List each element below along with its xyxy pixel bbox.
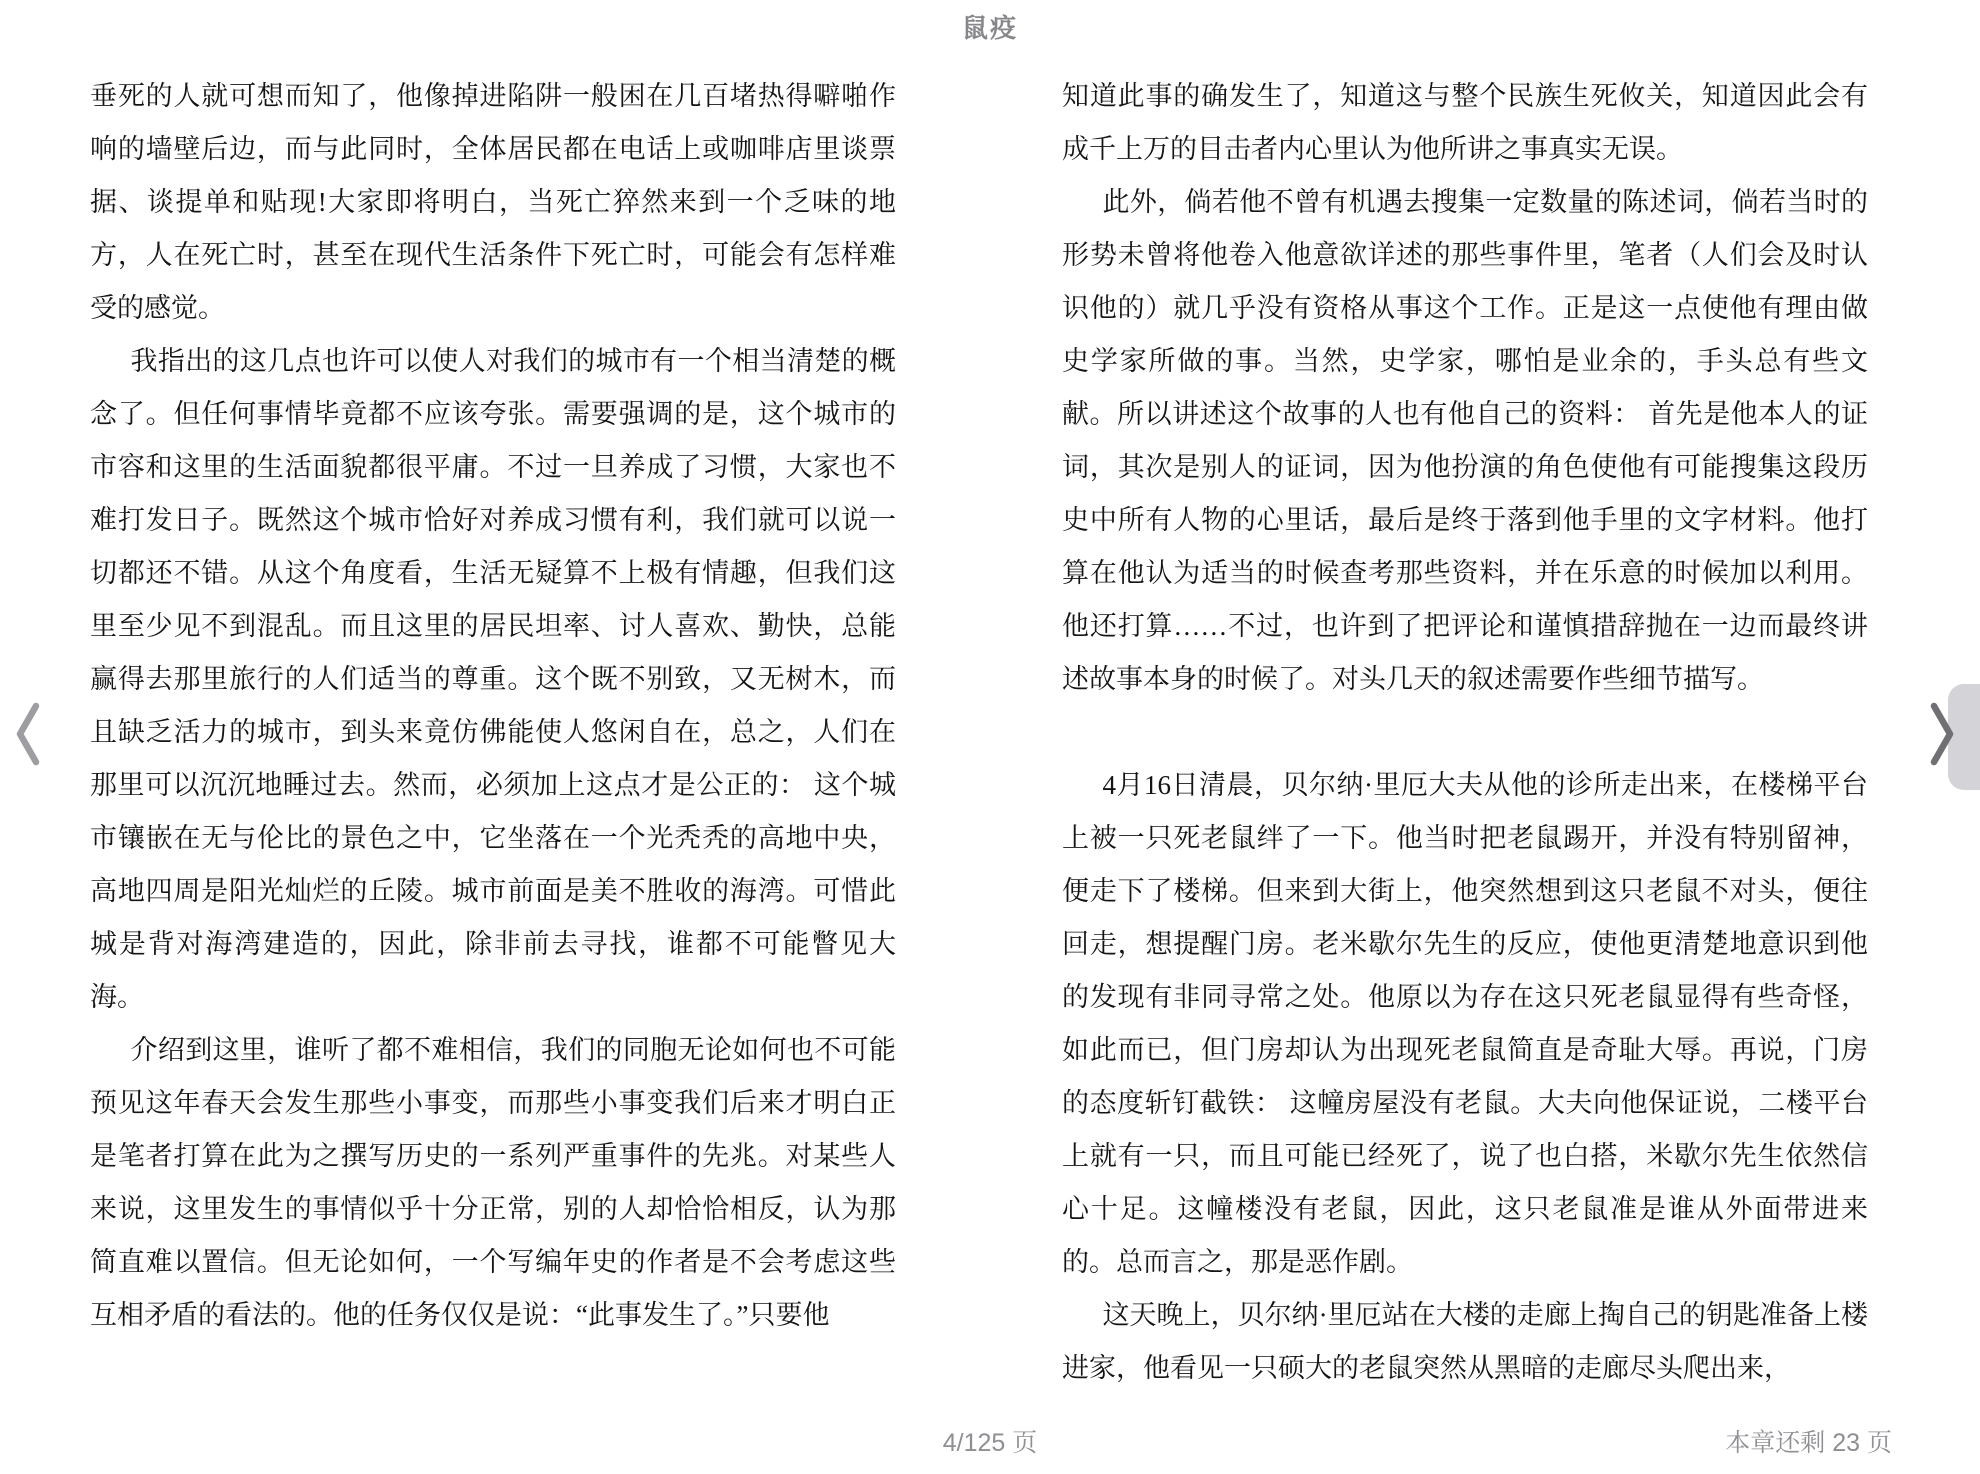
paragraph: 4月16日清晨，贝尔纳·里厄大夫从他的诊所走出来，在楼梯平台上被一只死老鼠绊了一…	[1062, 759, 1868, 1289]
paragraph: 介绍到这里，谁听了都不难相信，我们的同胞无论如何也不可能预见这年春天会发生那些小…	[90, 1024, 896, 1342]
paragraph: 垂死的人就可想而知了，他像掉进陷阱一般困在几百堵热得噼啪作响的墙壁后边，而与此同…	[90, 70, 896, 335]
paragraph: 此外，倘若他不曾有机遇去搜集一定数量的陈述词，倘若当时的形势未曾将他卷入他意欲详…	[1062, 176, 1868, 706]
chapter-remaining: 本章还剩 23 页	[1725, 1428, 1892, 1458]
right-page-column: 知道此事的确发生了，知道这与整个民族生死攸关，知道因此会有成千上万的目击者内心里…	[1062, 70, 1868, 1395]
paragraph: 这天晚上，贝尔纳·里厄站在大楼的走廊上掏自己的钥匙准备上楼进家，他看见一只硕大的…	[1062, 1289, 1868, 1395]
prev-page-button[interactable]	[14, 701, 42, 770]
left-page-column: 垂死的人就可想而知了，他像掉进陷阱一般困在几百堵热得噼啪作响的墙壁后边，而与此同…	[90, 70, 896, 1395]
book-title: 鼠疫	[0, 10, 1980, 46]
next-page-button[interactable]	[1928, 701, 1956, 770]
page-indicator: 4/125 页	[0, 1428, 1980, 1458]
section-break	[1062, 706, 1868, 759]
paragraph: 知道此事的确发生了，知道这与整个民族生死攸关，知道因此会有成千上万的目击者内心里…	[1062, 70, 1868, 176]
chevron-right-icon	[1928, 701, 1956, 767]
paragraph: 我指出的这几点也许可以使人对我们的城市有一个相当清楚的概念了。但任何事情毕竟都不…	[90, 335, 896, 1024]
ebook-reader-page: 鼠疫 垂死的人就可想而知了，他像掉进陷阱一般困在几百堵热得噼啪作响的墙壁后边，而…	[0, 0, 1980, 1474]
chevron-left-icon	[14, 701, 42, 767]
reading-area: 垂死的人就可想而知了，他像掉进陷阱一般困在几百堵热得噼啪作响的墙壁后边，而与此同…	[90, 70, 1868, 1395]
